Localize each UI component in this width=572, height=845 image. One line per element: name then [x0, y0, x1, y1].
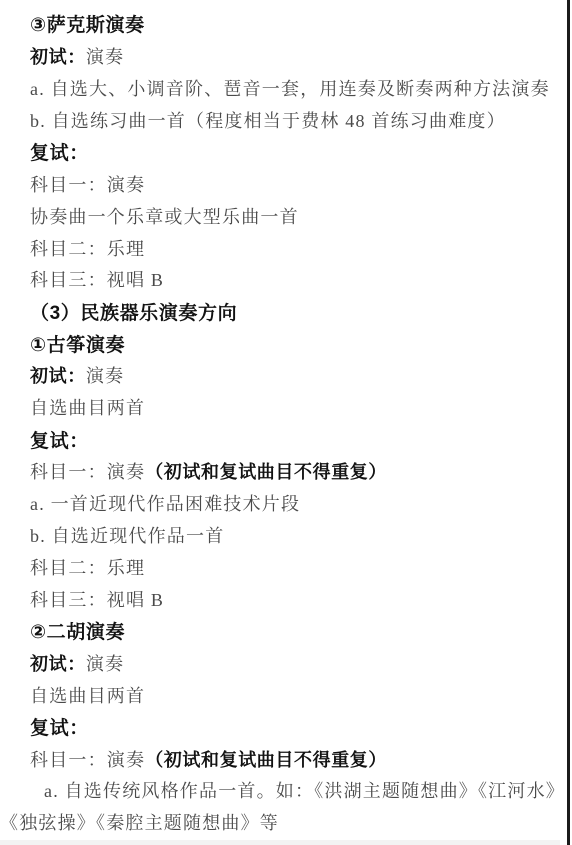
heading-folk-instruments-direction: （3）民族器乐演奏方向 [30, 295, 572, 327]
saxophone-subject-3-text: 科目三：视唱 B [30, 266, 164, 292]
first-exam-subject: 演奏 [86, 43, 124, 69]
heading-erhu-second-exam: 复试： [30, 711, 572, 743]
guzheng-item-b-text: b. 自选近现代作品一首 [30, 522, 224, 548]
line-saxophone-subject-2: 科目二：乐理 [30, 232, 572, 264]
guzheng-item-a-text: a. 一首近现代作品困难技术片段 [30, 490, 300, 516]
guzheng-subject-1-note: （初试和复试曲目不得重复） [145, 458, 387, 484]
guzheng-free-pieces-text: 自选曲目两首 [30, 394, 145, 420]
first-exam-label: 初试： [30, 43, 86, 69]
line-saxophone-item-a: a. 自选大、小调音阶、琶音一套，用连奏及断奏两种方法演奏 [30, 72, 572, 104]
heading-saxophone: ③萨克斯演奏 [30, 8, 572, 40]
line-guzheng-subject-2: 科目二：乐理 [30, 551, 572, 583]
erhu-subject-1-note: （初试和复试曲目不得重复） [145, 746, 387, 772]
guzheng-second-exam-label: 复试： [30, 426, 89, 453]
scan-bottom-artifact [0, 840, 560, 845]
heading-guzheng-second-exam: 复试： [30, 423, 572, 455]
line-erhu-item-a-continued: 《独弦操》《秦腔主题随想曲》等 [0, 806, 572, 838]
second-exam-label: 复试： [30, 138, 89, 165]
guzheng-first-exam-label: 初试： [30, 362, 86, 388]
line-saxophone-item-b: b. 自选练习曲一首（程度相当于费林 48 首练习曲难度） [30, 104, 572, 136]
erhu-free-pieces-text: 自选曲目两首 [30, 682, 145, 708]
erhu-first-exam-subject: 演奏 [86, 650, 124, 676]
line-guzheng-first-exam: 初试：演奏 [30, 359, 572, 391]
line-guzheng-subject-3: 科目三：视唱 B [30, 583, 572, 615]
saxophone-item-a-text: a. 自选大、小调音阶、琶音一套，用连奏及断奏两种方法演奏 [30, 75, 550, 101]
erhu-first-exam-label: 初试： [30, 650, 86, 676]
guzheng-subject-3-text: 科目三：视唱 B [30, 586, 164, 612]
line-erhu-first-exam: 初试：演奏 [30, 647, 572, 679]
line-erhu-free-pieces: 自选曲目两首 [30, 679, 572, 711]
guzheng-first-exam-subject: 演奏 [86, 362, 124, 388]
folk-direction-text: （3）民族器乐演奏方向 [30, 298, 237, 325]
line-saxophone-subject-1: 科目一：演奏 [30, 168, 572, 200]
heading-saxophone-text: ③萨克斯演奏 [30, 10, 145, 37]
heading-guzheng-text: ①古筝演奏 [30, 330, 125, 357]
heading-saxophone-second-exam: 复试： [30, 136, 572, 168]
erhu-item-a-text: a. 自选传统风格作品一首。如：《洪湖主题随想曲》《江河水》 [44, 777, 565, 803]
line-saxophone-concerto: 协奏曲一个乐章或大型乐曲一首 [30, 200, 572, 232]
heading-erhu-text: ②二胡演奏 [30, 617, 125, 644]
guzheng-subject-2-text: 科目二：乐理 [30, 554, 145, 580]
line-erhu-item-a: a. 自选传统风格作品一首。如：《洪湖主题随想曲》《江河水》 [30, 775, 572, 807]
guzheng-subject-1-text: 科目一：演奏 [30, 458, 145, 484]
line-guzheng-subject-1: 科目一：演奏（初试和复试曲目不得重复） [30, 455, 572, 487]
line-erhu-subject-1: 科目一：演奏（初试和复试曲目不得重复） [30, 743, 572, 775]
document-page: ③萨克斯演奏 初试：演奏 a. 自选大、小调音阶、琶音一套，用连奏及断奏两种方法… [0, 0, 572, 838]
heading-erhu: ②二胡演奏 [30, 615, 572, 647]
erhu-second-exam-label: 复试： [30, 713, 89, 740]
heading-guzheng: ①古筝演奏 [30, 327, 572, 359]
saxophone-concerto-text: 协奏曲一个乐章或大型乐曲一首 [30, 203, 299, 229]
line-saxophone-first-exam: 初试：演奏 [30, 40, 572, 72]
line-guzheng-item-b: b. 自选近现代作品一首 [30, 519, 572, 551]
saxophone-subject-1-text: 科目一：演奏 [30, 171, 145, 197]
saxophone-item-b-text: b. 自选练习曲一首（程度相当于费林 48 首练习曲难度） [30, 107, 506, 133]
erhu-subject-1-text: 科目一：演奏 [30, 746, 145, 772]
erhu-item-a-continued-text: 《独弦操》《秦腔主题随想曲》等 [0, 809, 279, 835]
scan-edge-line [567, 0, 570, 845]
saxophone-subject-2-text: 科目二：乐理 [30, 235, 145, 261]
line-guzheng-free-pieces: 自选曲目两首 [30, 391, 572, 423]
line-saxophone-subject-3: 科目三：视唱 B [30, 264, 572, 296]
line-guzheng-item-a: a. 一首近现代作品困难技术片段 [30, 487, 572, 519]
